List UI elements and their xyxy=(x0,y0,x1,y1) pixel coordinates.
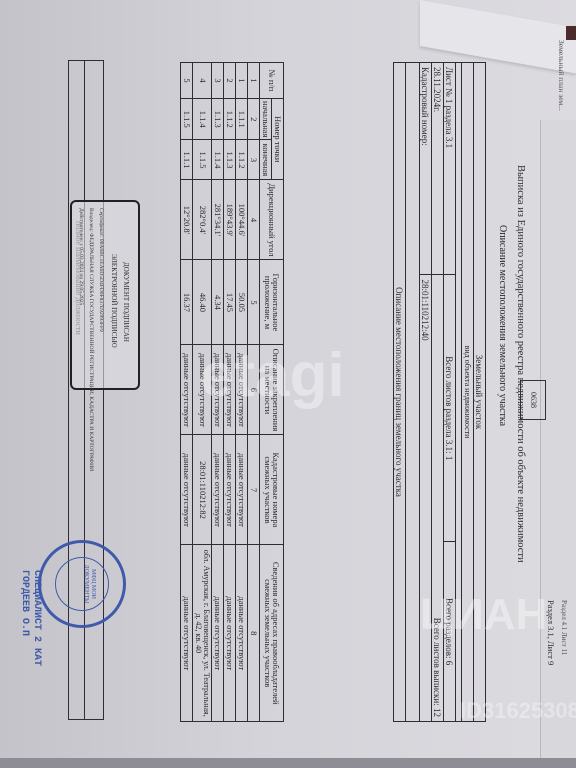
col-num: 8 xyxy=(248,545,260,722)
cell-fixing: данные отсутствуют xyxy=(180,345,192,435)
etagi-watermark: etagi xyxy=(200,340,345,411)
cell-angle: 100°44.6' xyxy=(236,180,248,260)
signer: СПЕЦИАЛИСТ 2 КАТ ГОРДЕЕВ О.П xyxy=(18,570,42,666)
cell-address: данные отсутствуют xyxy=(236,545,248,722)
cell-length: 50.05 xyxy=(236,260,248,345)
cell-from: 1.1.2 xyxy=(224,99,236,140)
cell-n: 5 xyxy=(180,63,192,99)
cell-to: 1.1.2 xyxy=(236,140,248,180)
header-start: начальная xyxy=(260,99,272,140)
signer-position: СПЕЦИАЛИСТ 2 КАТ xyxy=(30,570,42,666)
cell-from: 1.1.1 xyxy=(236,99,248,140)
col-num: 3 xyxy=(248,140,260,180)
cell-adjacent: данные отсутствуют xyxy=(224,435,236,545)
cell-to: 1.1.5 xyxy=(192,140,212,180)
header-length: Горизонтальное проложение, м xyxy=(260,260,284,345)
cell-address: данные отсутствуют xyxy=(212,545,224,722)
table-row: 51.1.51.1.112°20.8'16.37данные отсутству… xyxy=(180,63,192,722)
col-num: 2 xyxy=(248,99,260,140)
cell-length: 46.40 xyxy=(192,260,212,345)
cell-angle: 281°34.1' xyxy=(212,180,224,260)
cadastral-number: 28:01:110212:40 xyxy=(420,275,432,722)
cell-from: 1.1.4 xyxy=(192,99,212,140)
esig-cert: Сертификат: 00A6BC1EA6D5D4FD0F837E92993F… xyxy=(98,208,104,332)
cell-to: 1.1.3 xyxy=(224,140,236,180)
blank-row xyxy=(406,63,420,722)
stamp-text: МФЦ МОИ ДОКУМЕНТЫ xyxy=(55,557,109,611)
esig-owner: Владелец: ФЕДЕРАЛЬНАЯ СЛУЖБА ГОСУДАРСТВЕ… xyxy=(88,208,94,471)
date: 28.11.2024г. xyxy=(432,63,444,275)
table-caption: Описание местоположения границ земельног… xyxy=(394,63,406,722)
document-subtitle: Описание местоположения земельного участ… xyxy=(497,225,508,426)
esig-title: ДОКУМЕНТ ПОДПИСАН xyxy=(122,262,130,342)
header-addresses: Сведения об адресах правообладателей сме… xyxy=(260,545,284,722)
signer-name: ГОРДЕЕВ О.П xyxy=(18,570,30,666)
header-end: конечная xyxy=(260,140,272,180)
cell-from: 1.1.3 xyxy=(212,99,224,140)
sheets-in-section: Всего листов раздела 3.1: 1 xyxy=(444,275,456,542)
cell-n: 4 xyxy=(192,63,212,99)
cell-length: 4.34 xyxy=(212,260,224,345)
cell-address: обл. Амурская, г. Благовещенск, ул. Теат… xyxy=(192,545,212,722)
header-small-top: Раздел 4.1 Лист 11 xyxy=(560,600,568,655)
col-num: 4 xyxy=(248,180,260,260)
cell-to: 1.1.4 xyxy=(212,140,224,180)
cell-adjacent: данные отсутствуют xyxy=(180,435,192,545)
cell-from: 1.1.5 xyxy=(180,99,192,140)
header-adjacent: Кадастровые номера смежных участков xyxy=(260,435,284,545)
cell-length: 17.45 xyxy=(224,260,236,345)
cell-n: 3 xyxy=(212,63,224,99)
cadastral-label: Кадастровый номер: xyxy=(420,63,432,275)
col-num: 1 xyxy=(248,63,260,99)
cell-n: 1 xyxy=(236,63,248,99)
header-faded: Земельный план зем... xyxy=(557,40,566,111)
esig-valid: Действителен: с 05.03.2024 по 29.05.2025 xyxy=(78,208,84,305)
cell-address: данные отсутствуют xyxy=(180,545,192,722)
table-surface xyxy=(0,758,576,768)
sheet-label: Лист № 1 раздела 3.1 xyxy=(444,63,456,275)
mfc-stamp: МФЦ МОИ ДОКУМЕНТЫ xyxy=(38,540,126,628)
electronic-signature-box: ДОКУМЕНТ ПОДПИСАН ЭЛЕКТРОННОЙ ПОДПИСЬЮ С… xyxy=(70,200,140,390)
cian-id-watermark: ID316253087 xyxy=(460,698,576,724)
cell-to: 1.1.1 xyxy=(180,140,192,180)
header-direction: Дирекционный угол xyxy=(260,180,284,260)
col-num: 7 xyxy=(248,435,260,545)
cian-watermark: ЦИАН xyxy=(420,590,547,640)
esig-subtitle: ЭЛЕКТРОННОЙ ПОДПИСЬЮ xyxy=(110,254,118,348)
header-point-number: Номер точки xyxy=(272,99,284,180)
cell-n: 2 xyxy=(224,63,236,99)
cell-adjacent: данные отсутствуют xyxy=(212,435,224,545)
header-num: № п/п xyxy=(260,63,284,99)
cell-angle: 189°43.9' xyxy=(224,180,236,260)
cell-angle: 12°20.8' xyxy=(180,180,192,260)
cell-angle: 282°0.4' xyxy=(192,180,212,260)
cell-length: 16.37 xyxy=(180,260,192,345)
header-small: Раздел 3.1, Лист 9 xyxy=(546,600,556,665)
cell-address: данные отсутствуют xyxy=(224,545,236,722)
cell-adjacent: данные отсутствуют xyxy=(236,435,248,545)
col-num: 5 xyxy=(248,260,260,345)
cell-adjacent: 28:01:110212:82 xyxy=(192,435,212,545)
document-title: Выписка из Единого государственного реес… xyxy=(515,165,526,563)
sheets-total: Всего листов выписки: 12 xyxy=(432,275,444,722)
